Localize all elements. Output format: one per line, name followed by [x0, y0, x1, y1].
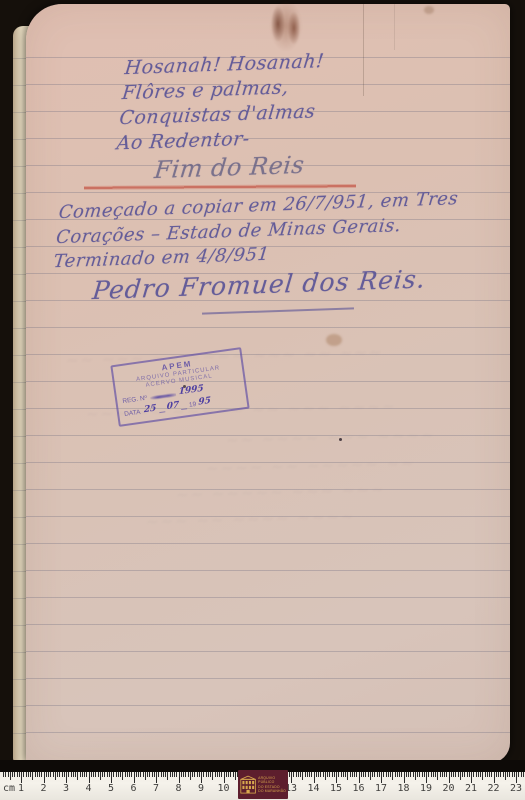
ruler-number: 2 [40, 783, 46, 794]
ruler-number: 9 [198, 783, 204, 794]
paper-crease [394, 4, 395, 50]
ruler-number: 3 [63, 783, 69, 794]
notebook-page: Hosanah! Hosanah! Flôres e palmas, Conqu… [26, 4, 510, 763]
handwritten-reg-scribble [150, 392, 177, 402]
ruler-number: 5 [108, 783, 114, 794]
archive-building-icon [240, 774, 256, 796]
measuring-ruler: cm 1234567891011121314151617181920212223… [0, 772, 525, 800]
ruler-number: 20 [442, 783, 454, 794]
ruler-number: 19 [420, 783, 432, 794]
page-title: Fim do Reis [153, 151, 306, 184]
ruler-number: 6 [130, 783, 136, 794]
ruler-number: 18 [397, 783, 409, 794]
ruler-number: 14 [307, 783, 319, 794]
ruler-unit-label: cm [3, 783, 15, 794]
paper-crease [363, 4, 364, 96]
archive-logo: ARQUIVO PÚBLICO DO ESTADO DO MARANHÃO [238, 770, 288, 799]
ruler-number: 8 [175, 783, 181, 794]
logo-text-line: DO MARANHÃO [258, 789, 286, 793]
small-stain [424, 6, 434, 14]
ruler-number: 1 [18, 783, 24, 794]
ruler-number: 16 [352, 783, 364, 794]
stamp-reg-value: 1995 [178, 384, 203, 398]
scanned-notebook-page: { "page": { "verse_lines": [ "Hosanah! H… [0, 0, 525, 800]
ruler-number: 10 [217, 783, 229, 794]
ruler-number: 22 [487, 783, 499, 794]
ruler-number: 23 [510, 783, 522, 794]
handwritten-verse: Hosanah! Hosanah! Flôres e palmas, Conqu… [115, 49, 325, 156]
archive-logo-text: ARQUIVO PÚBLICO DO ESTADO DO MARANHÃO [258, 776, 286, 793]
ruler-number: 17 [375, 783, 387, 794]
ruler-number: 7 [153, 783, 159, 794]
ruler-number: 21 [465, 783, 477, 794]
ruler-number: 15 [330, 783, 342, 794]
ruler-number: 4 [85, 783, 91, 794]
handwritten-note: Começado a copiar em 26/7/951, em Tres C… [52, 187, 459, 275]
